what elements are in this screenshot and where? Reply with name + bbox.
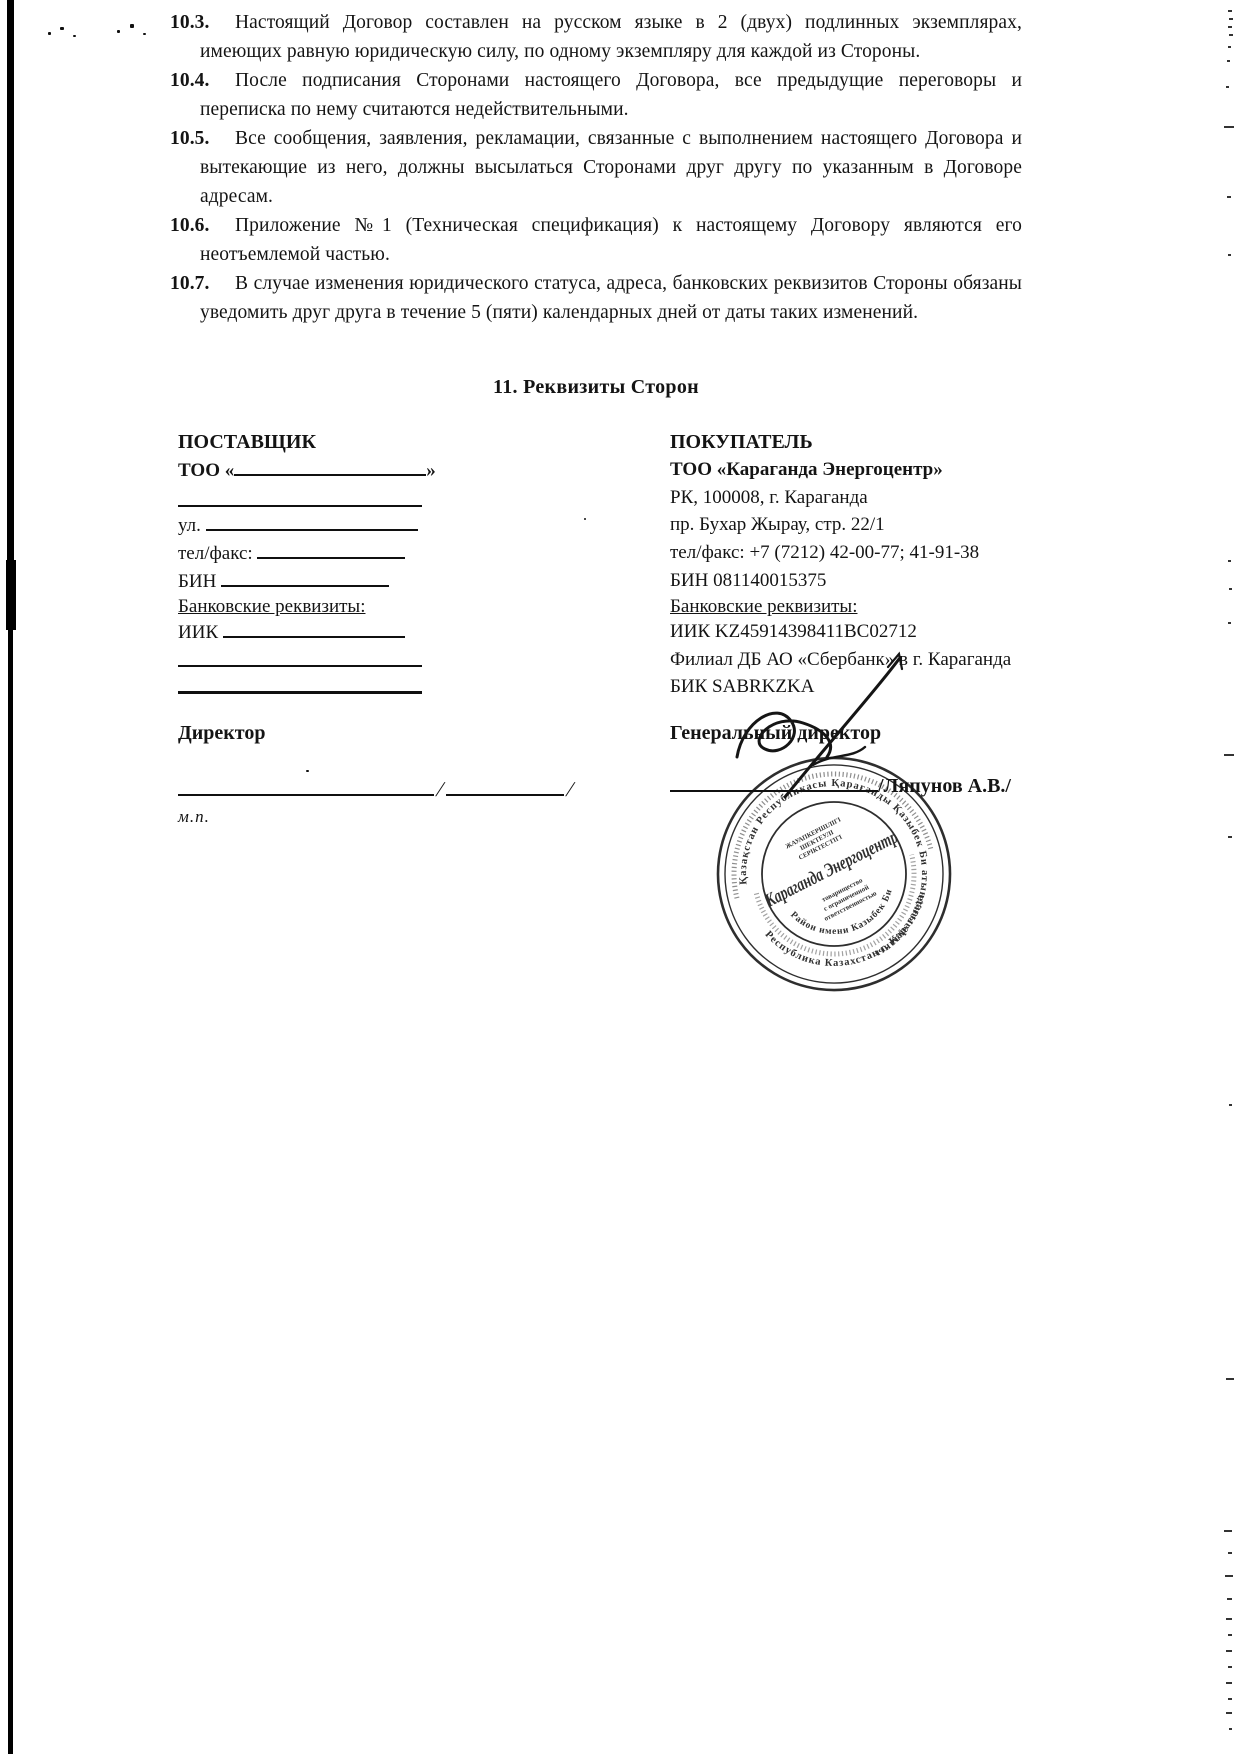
scan-dash bbox=[1228, 836, 1232, 838]
buyer-address-line1: РК, 100008, г. Караганда bbox=[670, 487, 868, 509]
supplier-bin-label: БИН bbox=[178, 571, 216, 592]
signature-loops bbox=[737, 713, 831, 757]
clause-text: Все сообщения, заявления, рекламации, св… bbox=[200, 128, 1022, 207]
buyer-signature-name: /Ляпунов А.В./ bbox=[878, 775, 1011, 797]
scan-dash bbox=[1228, 10, 1232, 12]
director-signature bbox=[685, 645, 965, 830]
clause-number: 10.4. bbox=[170, 66, 210, 95]
scan-dash bbox=[1228, 622, 1231, 624]
supplier-name-blank bbox=[446, 779, 564, 796]
buyer-company: ТОО «Караганда Энергоцентр» bbox=[670, 459, 943, 481]
scan-dash bbox=[1228, 1634, 1232, 1636]
supplier-phone-label: тел/факс: bbox=[178, 543, 253, 564]
scan-dash bbox=[1229, 1728, 1232, 1730]
supplier-bank-label: Банковские реквизиты: bbox=[178, 596, 365, 618]
scan-dash bbox=[1229, 588, 1232, 590]
scan-edge-strip-left-thin bbox=[10, 620, 13, 1754]
supplier-signatory-title: Директор bbox=[178, 722, 266, 745]
scan-dash bbox=[1224, 1530, 1232, 1532]
clause-text: Настоящий Договор составлен на русском я… bbox=[200, 12, 1022, 62]
supplier-blank-line-2 bbox=[178, 665, 422, 667]
buyer-title: ПОКУПАТЕЛЬ bbox=[670, 431, 813, 454]
scan-edge-strip-left-thick bbox=[7, 0, 14, 620]
scan-dash bbox=[1227, 1598, 1232, 1600]
scan-dash bbox=[1228, 26, 1232, 28]
scan-dash bbox=[1225, 1575, 1233, 1577]
clause-10-6: 10.6.Приложение №1 (Техническая специфик… bbox=[170, 211, 1022, 269]
scan-dash bbox=[1226, 1618, 1232, 1620]
buyer-address-line2: пр. Бухар Жырау, стр. 22/1 bbox=[670, 514, 885, 536]
scan-dash bbox=[1228, 1666, 1232, 1668]
clause-number: 10.6. bbox=[170, 211, 210, 240]
scan-speck bbox=[48, 32, 51, 35]
clause-text: После подписания Сторонами настоящего До… bbox=[200, 70, 1022, 120]
scan-dash bbox=[1228, 46, 1231, 48]
supplier-blank-line-1 bbox=[178, 505, 422, 507]
supplier-company-prefix: ТОО « bbox=[178, 460, 234, 481]
scan-dash bbox=[1228, 560, 1231, 562]
buyer-bank-label: Банковские реквизиты: bbox=[670, 596, 857, 618]
scan-dash bbox=[1226, 1378, 1234, 1380]
supplier-iik-label: ИИК bbox=[178, 622, 218, 643]
buyer-signature-blank bbox=[670, 775, 878, 792]
scan-dash bbox=[1226, 1712, 1232, 1714]
buyer-bin: БИН 081140015375 bbox=[670, 570, 826, 592]
supplier-street-blank bbox=[206, 514, 418, 531]
scan-dash bbox=[1226, 1650, 1232, 1652]
supplier-title: ПОСТАВЩИК bbox=[178, 431, 316, 454]
scan-speck bbox=[117, 30, 120, 33]
clause-10-4: 10.4.После подписания Сторонами настояще… bbox=[170, 66, 1022, 124]
scan-speck bbox=[73, 35, 76, 37]
supplier-signature-slash-2: / bbox=[562, 777, 577, 802]
clause-10-7: 10.7.В случае изменения юридического ста… bbox=[170, 269, 1022, 327]
supplier-seal-note: м.п. bbox=[178, 807, 210, 827]
supplier-blank-line-3 bbox=[178, 691, 422, 694]
scan-dash bbox=[1224, 754, 1234, 756]
scan-dash bbox=[1227, 196, 1231, 198]
supplier-bin-blank bbox=[221, 570, 389, 587]
supplier-company-blank bbox=[234, 459, 426, 476]
scan-dash bbox=[1229, 18, 1233, 20]
scan-dash bbox=[1228, 1552, 1232, 1554]
scan-speck bbox=[584, 518, 586, 520]
scan-dash bbox=[1228, 1698, 1232, 1700]
supplier-street-label: ул. bbox=[178, 515, 201, 536]
scan-dash bbox=[1229, 34, 1233, 36]
section-heading: 11. Реквизиты Сторон bbox=[170, 376, 1022, 399]
contract-clauses: 10.3.Настоящий Договор составлен на русс… bbox=[170, 8, 1022, 327]
clause-number: 10.7. bbox=[170, 269, 210, 298]
clause-10-5: 10.5.Все сообщения, заявления, рекламаци… bbox=[170, 124, 1022, 211]
supplier-company-suffix: » bbox=[426, 460, 436, 481]
scan-dash bbox=[1226, 86, 1229, 88]
supplier-signature-blank bbox=[178, 779, 434, 796]
scan-speck bbox=[130, 24, 134, 28]
scan-dash bbox=[1226, 1682, 1232, 1684]
buyer-signature-row: /Ляпунов А.В./ bbox=[670, 775, 1011, 798]
scan-dash bbox=[1227, 60, 1230, 62]
scan-speck bbox=[60, 27, 64, 30]
buyer-iik: ИИК KZ45914398411BC02712 bbox=[670, 621, 917, 643]
clause-number: 10.3. bbox=[170, 8, 210, 37]
supplier-signature-slash-1: / bbox=[432, 777, 447, 802]
supplier-iik-blank bbox=[223, 621, 405, 638]
scan-dash bbox=[1224, 126, 1234, 128]
clause-text: В случае изменения юридического статуса,… bbox=[200, 273, 1022, 323]
clause-10-3: 10.3.Настоящий Договор составлен на русс… bbox=[170, 8, 1022, 66]
clause-text: Приложение №1 (Техническая спецификация)… bbox=[200, 215, 1022, 265]
scan-speck bbox=[143, 33, 146, 35]
supplier-signature-row: // bbox=[178, 777, 576, 802]
supplier-phone-blank bbox=[257, 542, 405, 559]
scan-speck bbox=[306, 770, 309, 772]
clause-number: 10.5. bbox=[170, 124, 210, 153]
buyer-phone: тел/факс: +7 (7212) 42-00-77; 41-91-38 bbox=[670, 542, 979, 564]
scan-dash bbox=[1228, 254, 1231, 256]
scan-dash bbox=[1229, 1104, 1232, 1106]
